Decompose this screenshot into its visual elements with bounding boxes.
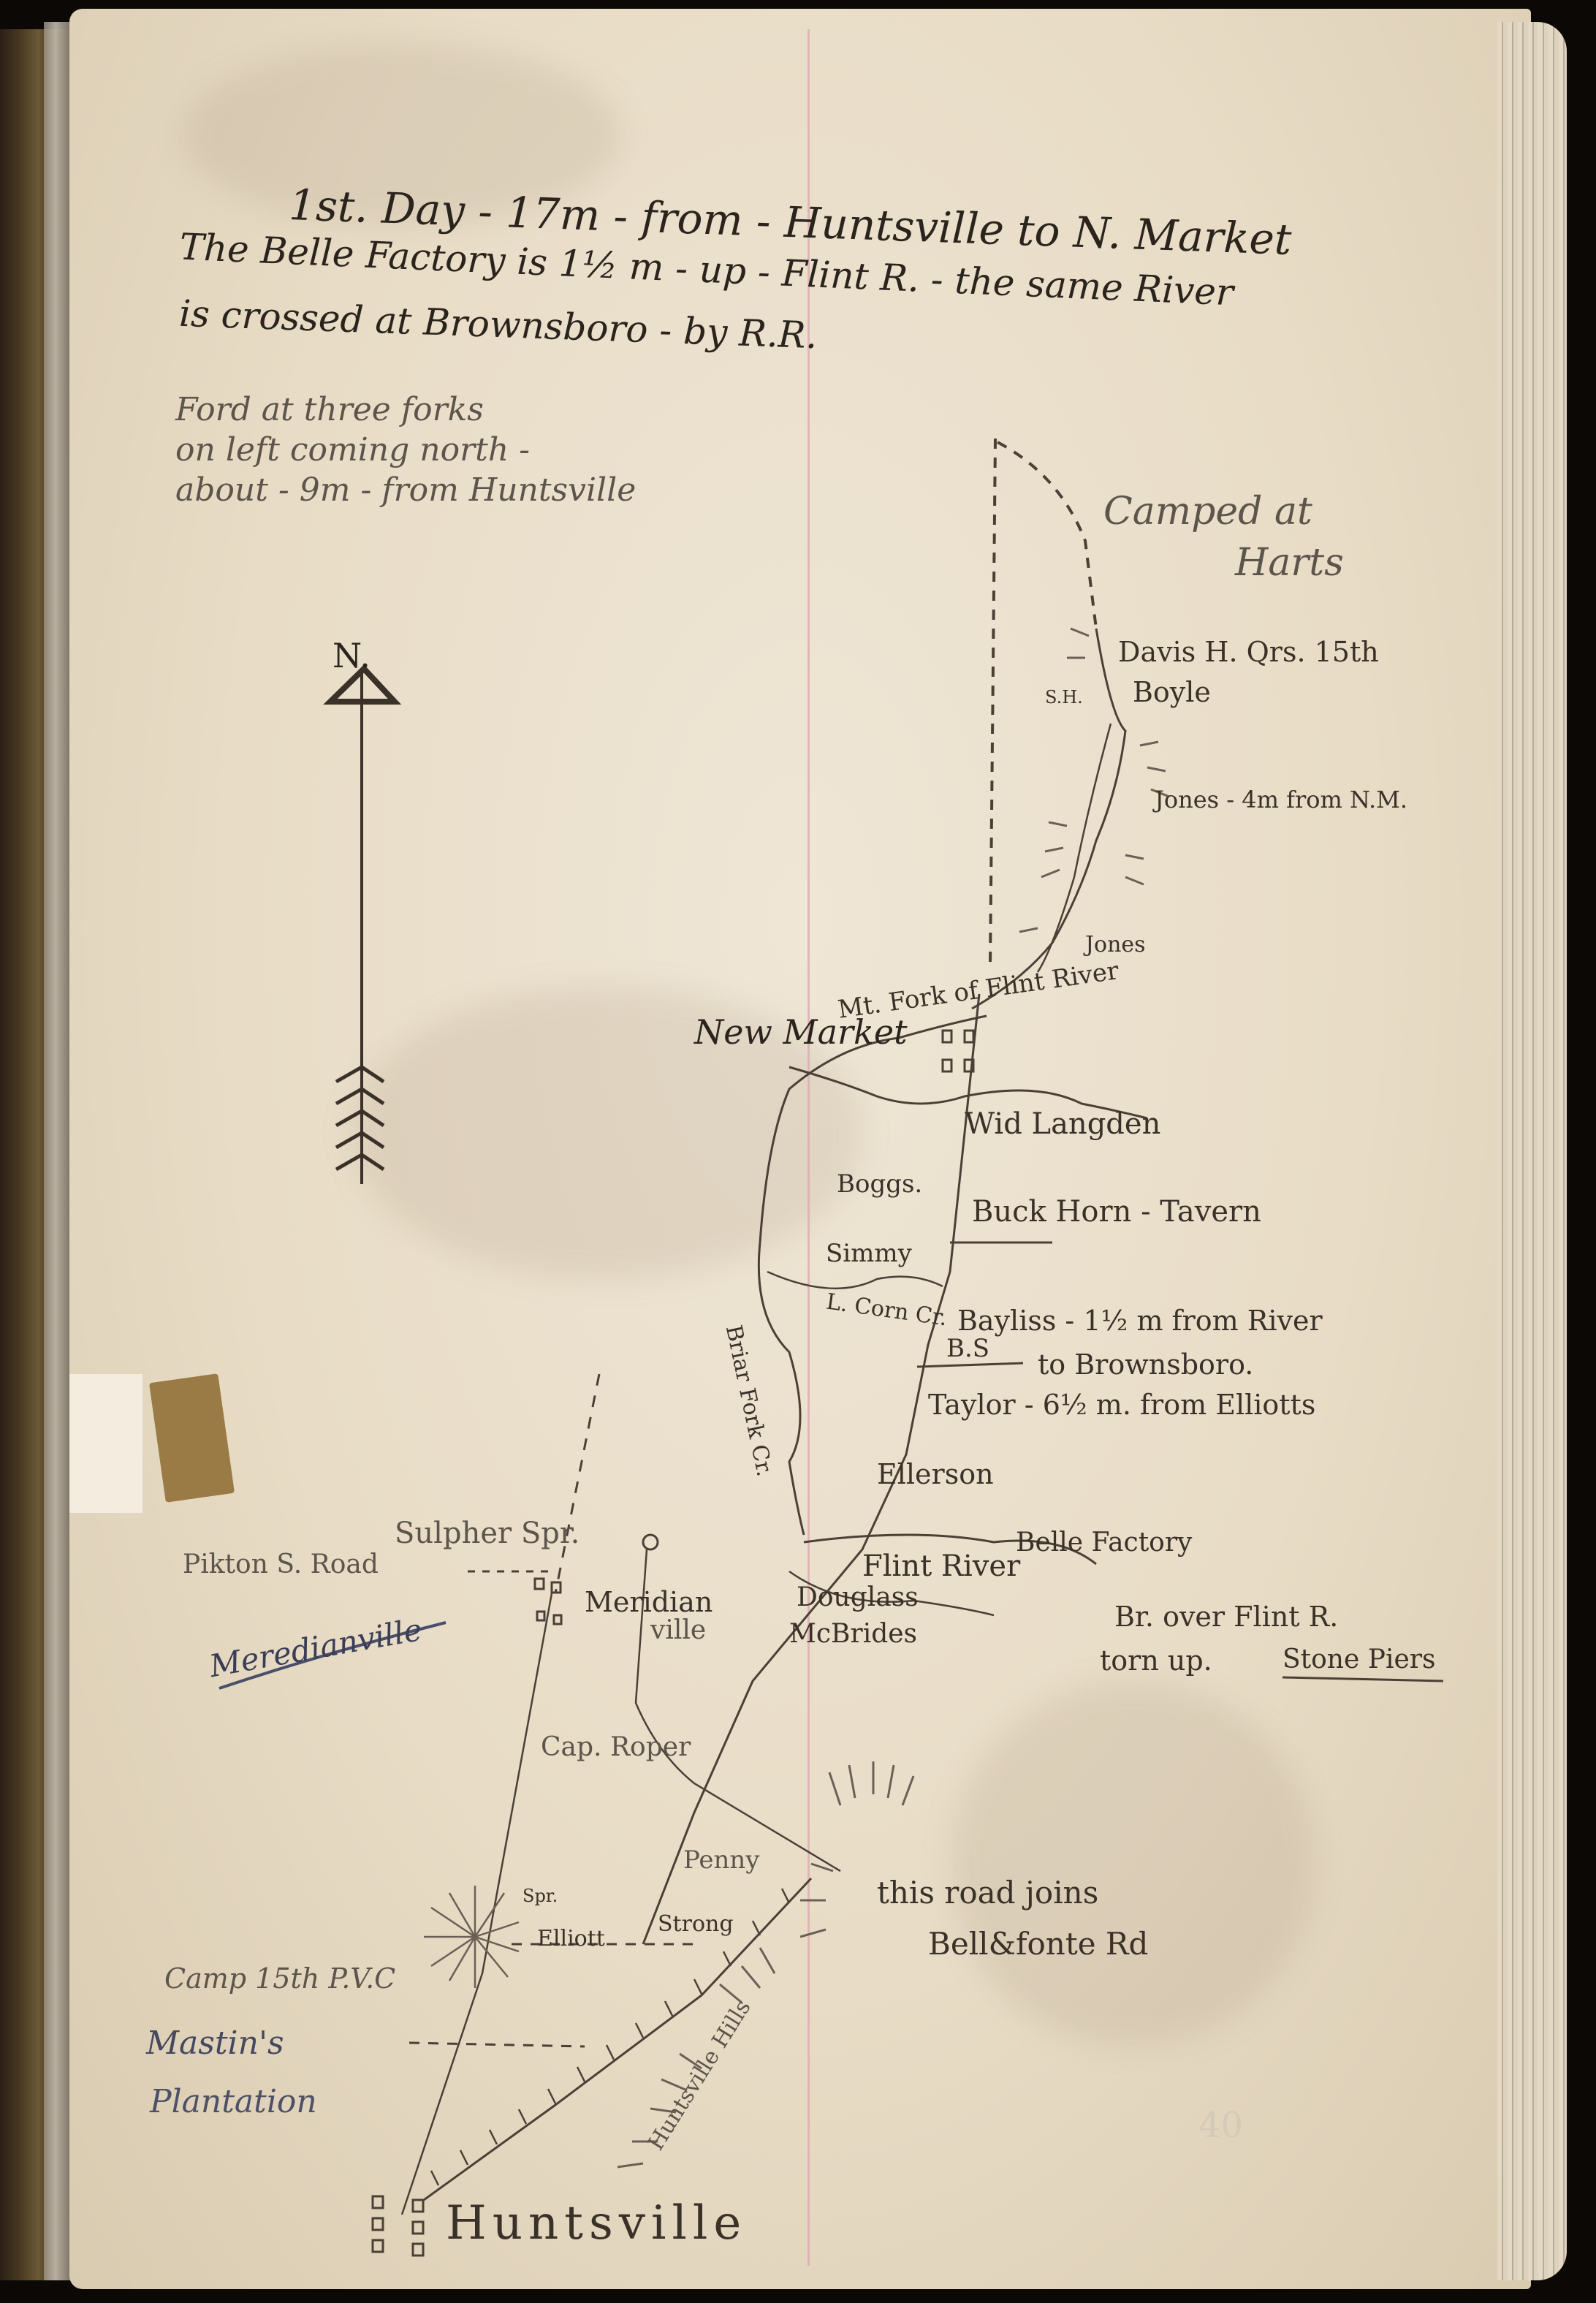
label-torn-up: torn up. xyxy=(1100,1644,1212,1677)
ford-note-line-1: Ford at three forks xyxy=(175,391,484,428)
label-new-market: New Market xyxy=(694,1012,908,1052)
dashed-road-harts xyxy=(997,442,1096,629)
dashed-road-camp xyxy=(409,2043,585,2046)
label-penny: Penny xyxy=(683,1845,759,1875)
label-mcbrides: McBrides xyxy=(789,1619,917,1649)
page-number-embossed: 40 xyxy=(1198,2105,1243,2146)
spring-marker xyxy=(643,1535,658,1549)
dashed-road xyxy=(990,439,995,965)
label-wid-langden: Wid Langden xyxy=(965,1107,1160,1141)
label-bayliss: Bayliss - 1½ m from River xyxy=(957,1305,1323,1337)
stone-piers-underline xyxy=(1282,1677,1443,1681)
label-cap-roper: Cap. Roper xyxy=(541,1732,691,1762)
label-sulpher-spring: Sulpher Spr. xyxy=(395,1517,579,1550)
label-belle-factory: Belle Factory xyxy=(1016,1528,1192,1558)
label-ellerson: Ellerson xyxy=(877,1458,994,1490)
label-jones-4m: Jones - 4m from N.M. xyxy=(1155,786,1407,813)
ford-note-line-3: about - 9m - from Huntsville xyxy=(175,471,636,509)
label-harts: Harts xyxy=(1235,541,1344,585)
label-boggs: Boggs. xyxy=(837,1169,922,1199)
label-pikton-road: Pikton S. Road xyxy=(183,1549,379,1579)
label-strong: Strong xyxy=(658,1911,734,1937)
ford-note-line-2: on left coming north - xyxy=(175,431,530,468)
label-huntsville: Huntsville xyxy=(446,2196,747,2250)
label-davis-hq: Davis H. Qrs. 15th xyxy=(1118,636,1379,668)
label-camp-15th-pvc: Camp 15th P.V.C xyxy=(164,1962,395,1995)
label-taylor: Taylor - 6½ m. from Elliotts xyxy=(928,1389,1315,1421)
label-flint-river: Flint River xyxy=(862,1549,1020,1583)
label-stone-piers: Stone Piers xyxy=(1282,1644,1435,1674)
label-boyle: Boyle xyxy=(1133,676,1211,708)
label-douglass: Douglass xyxy=(797,1582,919,1612)
label-meridian: Meridian xyxy=(585,1586,712,1618)
label-spring: Spr. xyxy=(522,1886,558,1906)
label-jones: Jones xyxy=(1085,932,1146,957)
label-bridge-over-flint: Br. over Flint R. xyxy=(1114,1601,1338,1633)
north-arrow-icon xyxy=(330,669,395,1184)
starburst-hill xyxy=(424,1886,519,1988)
label-simmy: Simmy xyxy=(826,1239,912,1268)
label-buckhorn-tavern: Buck Horn - Tavern xyxy=(972,1195,1261,1229)
label-bs: B.S xyxy=(946,1334,989,1363)
compass-label: N. xyxy=(332,636,370,675)
label-this-road-joins: this road joins xyxy=(877,1875,1098,1911)
label-camped-at: Camped at xyxy=(1103,490,1312,534)
briar-fork-creek xyxy=(759,1242,804,1535)
road-brownsboro xyxy=(917,1363,1023,1367)
label-bellefonte-road: Bell&fonte Rd xyxy=(928,1926,1148,1962)
label-mastins: Mastin's xyxy=(146,2025,284,2062)
l-corn-creek xyxy=(767,1272,943,1289)
label-plantation: Plantation xyxy=(150,2083,317,2120)
label-to-brownsboro: to Brownsboro. xyxy=(1038,1348,1253,1381)
dashed-road-sulpher xyxy=(555,1374,599,1593)
label-elliott: Elliott xyxy=(537,1926,605,1951)
label-school-house: S.H. xyxy=(1045,687,1083,707)
label-ville: ville xyxy=(650,1615,706,1645)
